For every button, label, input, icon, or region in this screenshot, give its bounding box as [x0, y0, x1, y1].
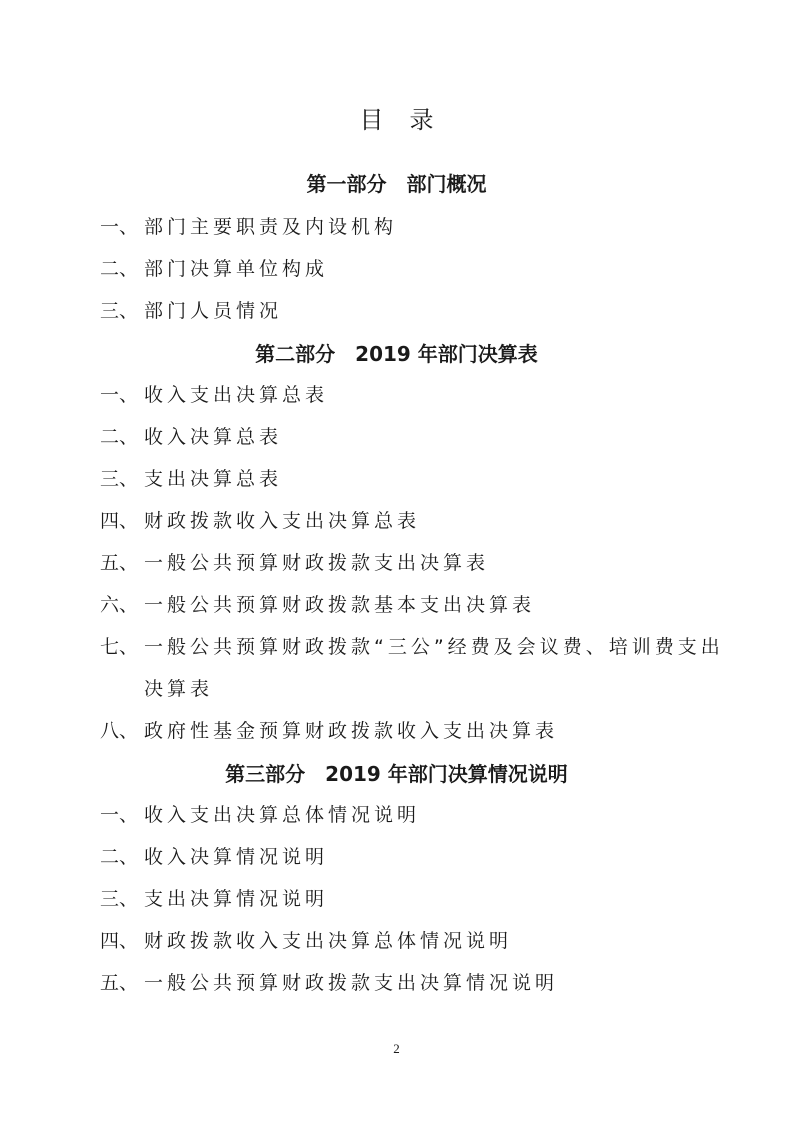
toc-entry[interactable]: 二、部门决算单位构成: [100, 254, 328, 281]
toc-entry-text: 一般公共预算财政拨款支出决算表: [144, 552, 489, 574]
page-number: 2: [0, 1041, 793, 1057]
toc-entry[interactable]: 一、部门主要职责及内设机构: [100, 212, 397, 239]
toc-entry-text: 财政拨款收入支出决算总表: [144, 510, 420, 532]
toc-entry[interactable]: 二、收入决算情况说明: [100, 842, 328, 869]
toc-entry[interactable]: 五、一般公共预算财政拨款支出决算表: [100, 548, 489, 575]
toc-entry[interactable]: 四、财政拨款收入支出决算总体情况说明: [100, 926, 512, 953]
section-heading-part3: 第三部分 2019 年部门决算情况说明: [0, 758, 793, 787]
toc-entry-number: 二、: [100, 422, 144, 449]
toc-entry[interactable]: 二、收入决算总表: [100, 422, 282, 449]
section-heading-part1: 第一部分 部门概况: [0, 168, 793, 197]
toc-entry[interactable]: 三、支出决算总表: [100, 464, 282, 491]
toc-entry-number: 五、: [100, 548, 144, 575]
toc-entry-continuation[interactable]: 决算表: [144, 674, 213, 701]
toc-entry-text: 收入支出决算总表: [144, 384, 328, 406]
toc-entry-number: 四、: [100, 506, 144, 533]
toc-entry-number: 三、: [100, 464, 144, 491]
toc-entry-number: 三、: [100, 296, 144, 323]
toc-entry-text: 一般公共预算财政拨款支出决算情况说明: [144, 972, 558, 994]
toc-entry-text: 收入决算总表: [144, 426, 282, 448]
toc-entry-text: 部门主要职责及内设机构: [144, 216, 397, 238]
toc-entry[interactable]: 七、一般公共预算财政拨款“三公”经费及会议费、培训费支出: [100, 632, 724, 659]
toc-entry-text: 收入支出决算总体情况说明: [144, 804, 420, 826]
toc-entry-text: 财政拨款收入支出决算总体情况说明: [144, 930, 512, 952]
toc-entry[interactable]: 三、支出决算情况说明: [100, 884, 328, 911]
toc-entry-number: 三、: [100, 884, 144, 911]
toc-entry-text: 一般公共预算财政拨款“三公”经费及会议费、培训费支出: [144, 636, 724, 658]
toc-entry-number: 八、: [100, 716, 144, 743]
toc-entry[interactable]: 五、一般公共预算财政拨款支出决算情况说明: [100, 968, 558, 995]
toc-entry-number: 六、: [100, 590, 144, 617]
toc-entry-number: 四、: [100, 926, 144, 953]
toc-entry[interactable]: 一、收入支出决算总体情况说明: [100, 800, 420, 827]
section-heading-part2: 第二部分 2019 年部门决算表: [0, 338, 793, 367]
toc-entry-number: 一、: [100, 800, 144, 827]
toc-entry[interactable]: 八、政府性基金预算财政拨款收入支出决算表: [100, 716, 558, 743]
toc-entry-text: 政府性基金预算财政拨款收入支出决算表: [144, 720, 558, 742]
toc-entry-number: 二、: [100, 254, 144, 281]
toc-entry[interactable]: 四、财政拨款收入支出决算总表: [100, 506, 420, 533]
toc-entry-number: 一、: [100, 212, 144, 239]
toc-entry-text: 支出决算情况说明: [144, 888, 328, 910]
toc-entry-number: 七、: [100, 632, 144, 659]
toc-entry-number: 二、: [100, 842, 144, 869]
toc-entry-text: 收入决算情况说明: [144, 846, 328, 868]
toc-entry-text: 一般公共预算财政拨款基本支出决算表: [144, 594, 535, 616]
toc-entry-text: 部门人员情况: [144, 300, 282, 322]
toc-entry[interactable]: 三、部门人员情况: [100, 296, 282, 323]
toc-entry-number: 一、: [100, 380, 144, 407]
toc-entry-text: 支出决算总表: [144, 468, 282, 490]
toc-entry-text: 部门决算单位构成: [144, 258, 328, 280]
toc-entry[interactable]: 六、一般公共预算财政拨款基本支出决算表: [100, 590, 535, 617]
toc-entry[interactable]: 一、收入支出决算总表: [100, 380, 328, 407]
toc-entry-number: 五、: [100, 968, 144, 995]
page-title: 目录: [0, 100, 793, 135]
